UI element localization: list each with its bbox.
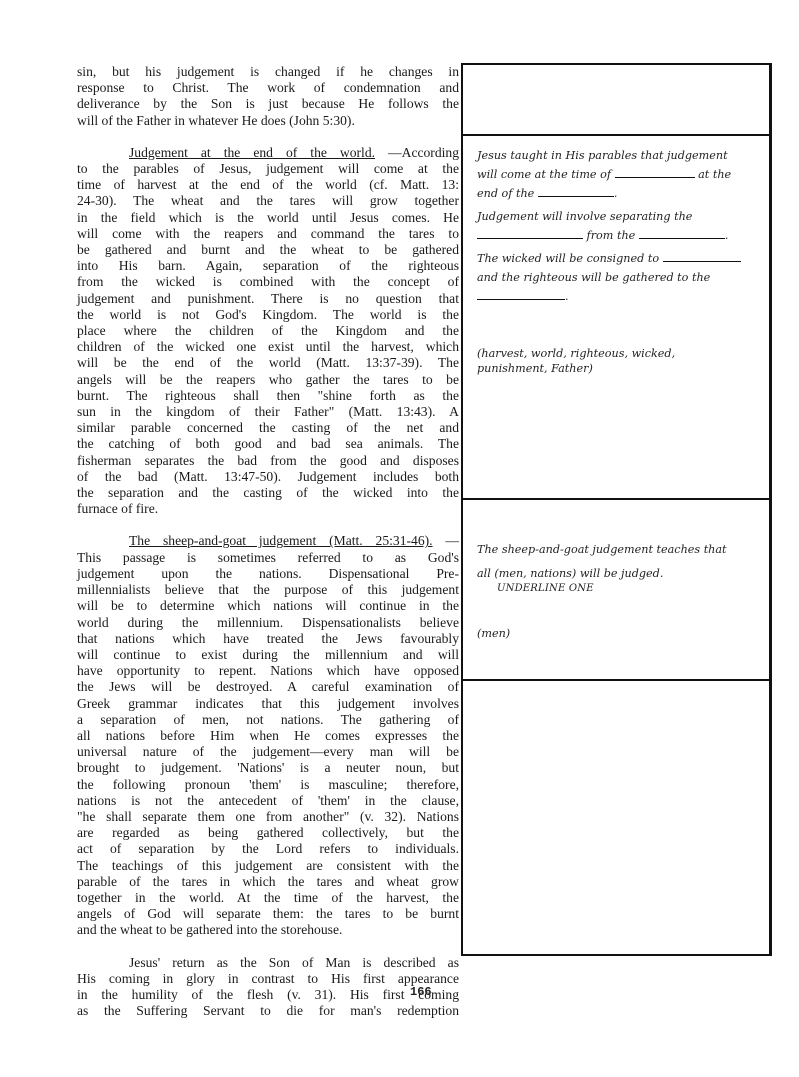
text-line: universal nature of the judgement—every … <box>77 744 459 760</box>
question-text: all (men, nations) will be judged. <box>477 566 767 581</box>
answer-key: (harvest, world, righteous, wicked, <box>477 346 767 361</box>
text-line: world during the millennium. Dispensatio… <box>77 615 459 631</box>
question-text: Judgement will involve separating the <box>477 209 767 224</box>
text-line: His coming in glory in contrast to His f… <box>77 971 459 987</box>
text-line: of the bad (Matt. 13:47-50). Judgement i… <box>77 469 459 485</box>
answer-blank[interactable] <box>663 251 741 262</box>
text-line: judgement and punishment. There is no qu… <box>77 291 459 307</box>
text-line: "he shall separate them one from another… <box>77 809 459 825</box>
text-line: deliverance by the Son is just because H… <box>77 96 459 112</box>
text-line: will of the Father in whatever He does (… <box>77 113 459 129</box>
text-line: millennialists believe that the purpose … <box>77 582 459 598</box>
text-line: the catching of both good and bad sea an… <box>77 436 459 452</box>
text-line: the Jews will be destroyed. A careful ex… <box>77 679 459 695</box>
question-text: The sheep-and-goat judgement teaches tha… <box>477 542 767 557</box>
programmed-learning-frames: Jesus taught in His parables that judgem… <box>461 63 772 956</box>
text-line: to the parables of Jesus, judgement will… <box>77 161 459 177</box>
text-line: angels will be the reapers who gather th… <box>77 372 459 388</box>
text-line: will be to determine which nations will … <box>77 598 459 614</box>
text-line: This passage is sometimes referred to as… <box>77 550 459 566</box>
text-line: will come with the reapers and command t… <box>77 226 459 242</box>
answer-blank[interactable] <box>477 289 565 300</box>
body-text-column: sin, but his judgement is changed if he … <box>77 64 459 1019</box>
question-text: The wicked will be consigned to <box>477 252 663 265</box>
question-text: . <box>565 290 569 303</box>
answer-key: punishment, Father) <box>477 361 767 376</box>
text-line: from the wicked is combined with the con… <box>77 274 459 290</box>
text-line: judgement upon the nations. Dispensation… <box>77 566 459 582</box>
text-line: burnt. The righteous shall then "shine f… <box>77 388 459 404</box>
text-line: sun in the kingdom of their Father" (Mat… <box>77 404 459 420</box>
text-line: 24-30). The wheat and the tares will gro… <box>77 193 459 209</box>
text-line: that nations which have treated the Jews… <box>77 631 459 647</box>
text-line: be gathered and burnt and the wheat to b… <box>77 242 459 258</box>
question-text: . <box>614 187 618 200</box>
paragraph-condemnation: sin, but his judgement is changed if he … <box>77 64 459 129</box>
text-line: all nations before Him when He comes exp… <box>77 728 459 744</box>
text-line: sin, but his judgement is changed if he … <box>77 64 459 80</box>
question-text: at the <box>695 168 732 181</box>
text-line: a separation of men, not nations. The ga… <box>77 712 459 728</box>
text-line: children of the wicked one exist until t… <box>77 339 459 355</box>
text-line: as the Suffering Servant to die for man'… <box>77 1003 459 1019</box>
question-text: will come at the time of <box>477 168 615 181</box>
heading-dash: — <box>433 533 459 548</box>
frame-empty-top <box>463 65 769 134</box>
text-line: will be the end of the world (Matt. 13:3… <box>77 355 459 371</box>
paragraph-sheep-and-goat: The sheep-and-goat judgement (Matt. 25:3… <box>77 533 459 938</box>
text-line: act of separation by the Lord refers to … <box>77 841 459 857</box>
answer-blank[interactable] <box>639 228 725 239</box>
text-line: the world is not God's Kingdom. The worl… <box>77 307 459 323</box>
text-line: brought to judgement. 'Nations' is a neu… <box>77 760 459 776</box>
frame-empty-bottom <box>463 679 769 954</box>
instruction-text: UNDERLINE ONE <box>477 581 767 596</box>
paragraph-son-of-man: Jesus' return as the Son of Man is descr… <box>77 955 459 1020</box>
question-text: end of the <box>477 187 538 200</box>
text-line: similar parable concerned the casting of… <box>77 420 459 436</box>
question-text: and the righteous will be gathered to th… <box>477 270 767 285</box>
text-line: the following pronoun 'them' is masculin… <box>77 777 459 793</box>
document-page: sin, but his judgement is changed if he … <box>0 0 799 1077</box>
answer-key: (men) <box>477 626 767 641</box>
text-line: have opportunity to repent. Nations whic… <box>77 663 459 679</box>
answer-blank[interactable] <box>615 167 695 178</box>
text-line: nations is not the antecedent of 'them' … <box>77 793 459 809</box>
answer-blank[interactable] <box>477 228 583 239</box>
text-line: time of harvest at the end of the world … <box>77 177 459 193</box>
text-line: the separation and the casting of the wi… <box>77 485 459 501</box>
text-line: are regarded as being gathered collectiv… <box>77 825 459 841</box>
text-line: angels of God will separate them: the ta… <box>77 906 459 922</box>
text-line: response to Christ. The work of condemna… <box>77 80 459 96</box>
text-line: place where the children of the Kingdom … <box>77 323 459 339</box>
paragraph-judgement-end-of-world: Judgement at the end of the world. —Acco… <box>77 145 459 518</box>
paragraph-first-line: Jesus' return as the Son of Man is descr… <box>129 955 459 970</box>
text-line: together in the world. At the time of th… <box>77 890 459 906</box>
text-line: fisherman separates the bad from the goo… <box>77 453 459 469</box>
text-line: will continue to exist during the millen… <box>77 647 459 663</box>
answer-blank[interactable] <box>538 186 614 197</box>
text-line: The teachings of this judgement are cons… <box>77 858 459 874</box>
question-text: from the <box>583 229 639 242</box>
section-heading-end-of-world: Judgement at the end of the world. <box>129 145 375 160</box>
text-line: parable of the tares in which the tares … <box>77 874 459 890</box>
text-line: Greek grammar indicates that this judgem… <box>77 696 459 712</box>
text-line: and the wheat to be gathered into the st… <box>77 922 459 938</box>
text-line: into His barn. Again, separation of the … <box>77 258 459 274</box>
heading-dash: —According <box>375 145 459 160</box>
text-line: in the humility of the flesh (v. 31). Hi… <box>77 987 459 1003</box>
section-heading-sheep-and-goat: The sheep-and-goat judgement (Matt. 25:3… <box>129 533 433 548</box>
question-text: . <box>725 229 729 242</box>
page-number: 166 <box>410 985 432 999</box>
text-line: furnace of fire. <box>77 501 459 517</box>
text-line: in the field which is the world until Je… <box>77 210 459 226</box>
frame-sheep-and-goat-question: The sheep-and-goat judgement teaches tha… <box>463 498 769 681</box>
question-text: Jesus taught in His parables that judgem… <box>477 148 767 163</box>
frame-end-of-world-questions: Jesus taught in His parables that judgem… <box>463 134 769 500</box>
